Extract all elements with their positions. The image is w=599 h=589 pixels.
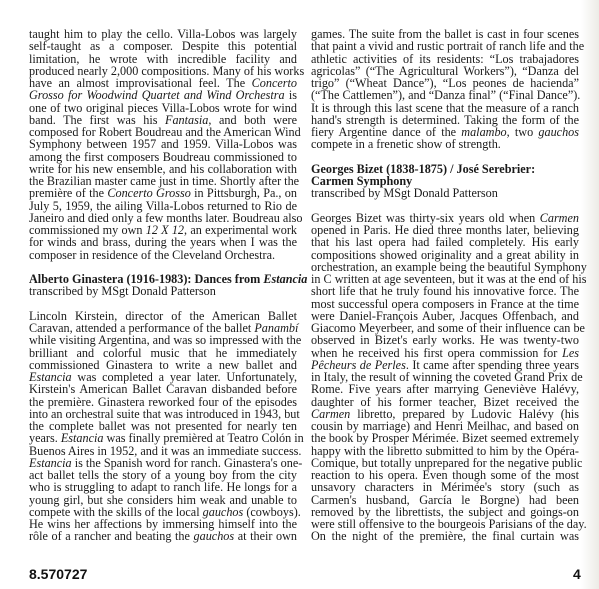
text-line: that his last opera had failed completel… — [311, 236, 579, 248]
villa-lobos-paragraph: taught him to play the cello. Villa-Lobo… — [29, 28, 297, 261]
text-line: short life that he truly found his innov… — [311, 285, 579, 297]
ginastera-heading: Alberto Ginastera (1916-1983): Dances fr… — [29, 273, 297, 298]
text-line: for winds and brass, during the years wh… — [29, 236, 297, 248]
estancia-paragraph: Lincoln Kirstein, director of the Americ… — [29, 310, 297, 543]
text-line: Rome. Five years after marrying Genevièv… — [311, 383, 579, 395]
text-line: self-taught as a composer. Despite this … — [29, 40, 297, 52]
page-edge-shadow — [581, 0, 599, 589]
carmen-paragraph: Georges Bizet was thirty-six years old w… — [311, 212, 579, 543]
text-line: the première. Ginastera reworked four of… — [29, 396, 297, 408]
text-line: among the first composers Boudreau commi… — [29, 151, 297, 163]
text-line: limitation, he wrote with incredible fac… — [29, 53, 297, 65]
text-line: (“The Cattlemen”), and “Danza final” (“F… — [311, 89, 579, 101]
text-line: the book by Prosper Mérimée. Bizet seeme… — [311, 432, 579, 444]
section-heading-subtitle: transcribed by MSgt Donald Patterson — [29, 285, 297, 297]
text-line: première of the Concerto Grosso in Pitts… — [29, 187, 297, 199]
text-line: Kirstein's American Ballet Caravan disba… — [29, 383, 297, 395]
text-line: composer in residence of the Cleveland O… — [29, 249, 297, 261]
text-line: compete in a frenetic show of strength. — [311, 138, 579, 150]
text-line: brilliant and colorful music that he imm… — [29, 347, 297, 359]
text-line: unsavory characters in Mérimée's story (… — [311, 481, 579, 493]
page-number: 4 — [573, 566, 581, 582]
bizet-heading: Georges Bizet (1838-1875) / José Serebri… — [311, 163, 579, 200]
text-line: Grosso for Woodwind Quartet and Wind Orc… — [29, 89, 297, 101]
text-line: while visiting Argentina, and was so imp… — [29, 334, 297, 346]
estancia-continued-paragraph: games. The suite from the ballet is cast… — [311, 28, 579, 151]
text-line: rôle of a rancher and beating the gaucho… — [29, 530, 297, 542]
text-line: happy with the libretto submitted to him… — [311, 445, 579, 457]
text-line: Symphony between 1957 and 1959. Villa-Lo… — [29, 138, 297, 150]
text-line: compositions showed originality and a gr… — [311, 249, 579, 261]
section-heading-subtitle: transcribed by MSgt Donald Patterson — [311, 187, 579, 199]
text-line: most successful opera composers in Franc… — [311, 298, 579, 310]
text-line: that paint a vivid and rustic portrait o… — [311, 40, 579, 52]
text-line: who is struggling to adapt to ranch life… — [29, 481, 297, 493]
text-line: July 5, 1959, the ailing Villa-Lobos ret… — [29, 200, 297, 212]
right-column: games. The suite from the ballet is cast… — [311, 28, 579, 543]
catalog-number: 8.570727 — [29, 566, 87, 582]
left-column: taught him to play the cello. Villa-Lobo… — [29, 28, 297, 543]
text-line: On the night of the première, the final … — [311, 530, 579, 542]
text-line: athletic activities of its residents: “L… — [311, 53, 579, 65]
text-line: It is through this last scene that the m… — [311, 102, 579, 114]
text-line: years. Estancia was finally premièred at… — [29, 432, 297, 444]
text-line: Carmen's husband, García le Borgne) had … — [311, 494, 579, 506]
